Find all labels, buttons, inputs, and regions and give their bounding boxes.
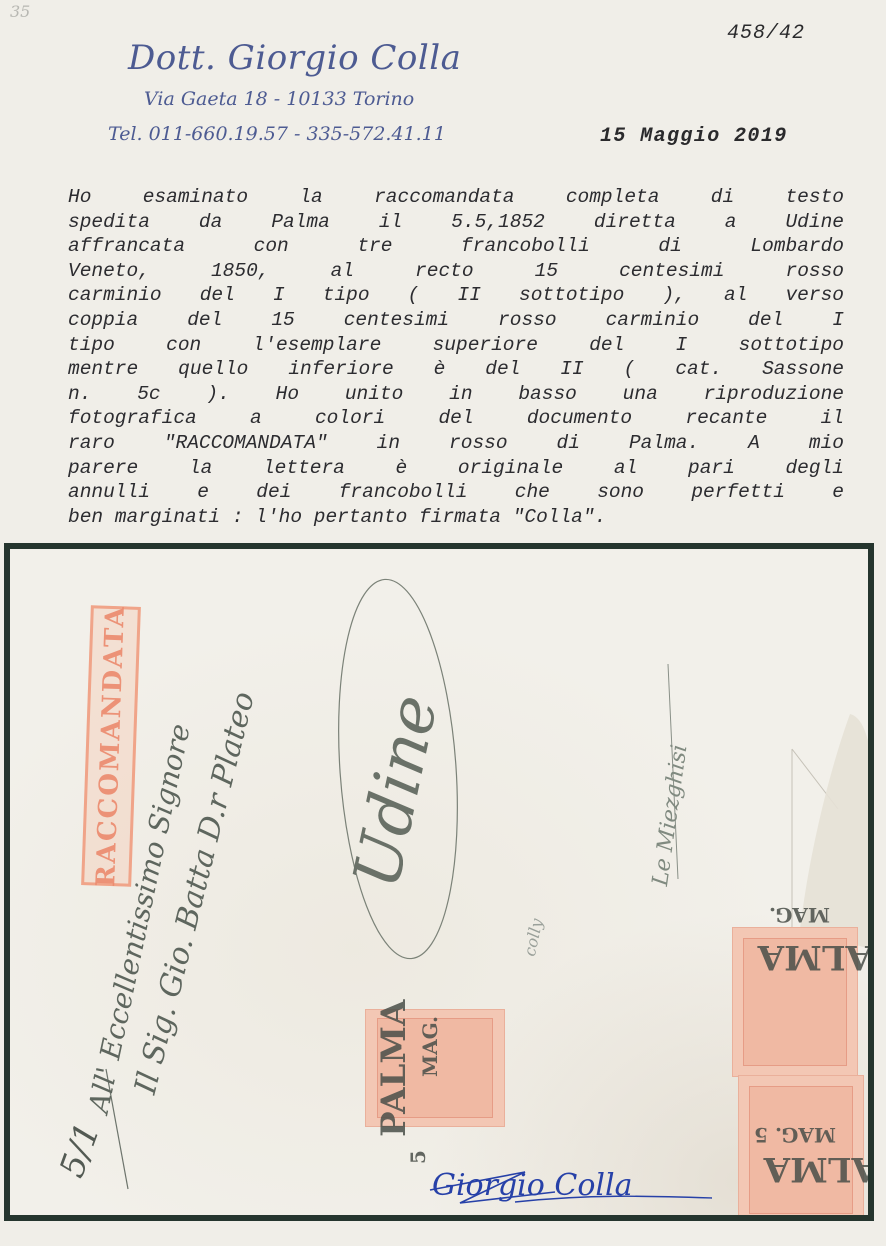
body-line: carminio del I tipo ( II sottotipo ), al… (68, 283, 844, 308)
raccomandata-cachet: RACCOMANDATA (86, 606, 136, 886)
cancel-alma-top: ALMA (758, 937, 872, 977)
body-line: parere la lettera è originale al pari de… (68, 456, 844, 481)
letterhead-address: Via Gaeta 18 - 10133 Torino (144, 88, 414, 110)
body-line: spedita da Palma il 5.5,1852 diretta a U… (68, 210, 844, 235)
body-line: Ho esaminato la raccomandata completa di… (68, 185, 844, 210)
cancel-mag-top: MAG. (769, 903, 830, 927)
stamp-verso-bottom (738, 1075, 864, 1221)
body-line: mentre quello inferiore è del II ( cat. … (68, 357, 844, 382)
body-line: n. 5c ). Ho unito in basso una riproduzi… (68, 382, 844, 407)
body-line: tipo con l'esemplare superiore del I sot… (68, 333, 844, 358)
body-line: affrancata con tre francobolli di Lombar… (68, 234, 844, 259)
letterhead-phone: Tel. 011-660.19.57 - 335-572.41.11 (108, 123, 446, 145)
body-line: coppia del 15 centesimi rosso carminio d… (68, 308, 844, 333)
certificate-number: 458/42 (727, 22, 805, 45)
body-line: fotografica a colori del documento recan… (68, 406, 844, 431)
page-number: 35 (10, 2, 30, 21)
cover-photograph: RACCOMANDATA All' Eccellentissimo Signor… (4, 543, 874, 1221)
certificate-date: 15 Maggio 2019 (600, 125, 788, 148)
cancel-mag: MAG. (418, 1016, 442, 1077)
certificate-body: Ho esaminato la raccomandata completa di… (68, 185, 844, 529)
body-line: raro "RACCOMANDATA" in rosso di Palma. A… (68, 431, 844, 456)
body-line: ben marginati : l'ho pertanto firmata "C… (68, 505, 844, 530)
body-line: annulli e dei francobolli che sono perfe… (68, 480, 844, 505)
signature-underline (420, 1170, 720, 1210)
cancel-day: 5 (406, 1150, 430, 1164)
cancel-mag-bottom: MAG. 5 (754, 1123, 836, 1147)
cancel-palma: PALMA (374, 1000, 414, 1137)
cancel-alma-bottom: ALMA (764, 1149, 874, 1189)
letterhead-name: Dott. Giorgio Colla (128, 38, 461, 78)
body-line: Veneto, 1850, al recto 15 centesimi ross… (68, 259, 844, 284)
